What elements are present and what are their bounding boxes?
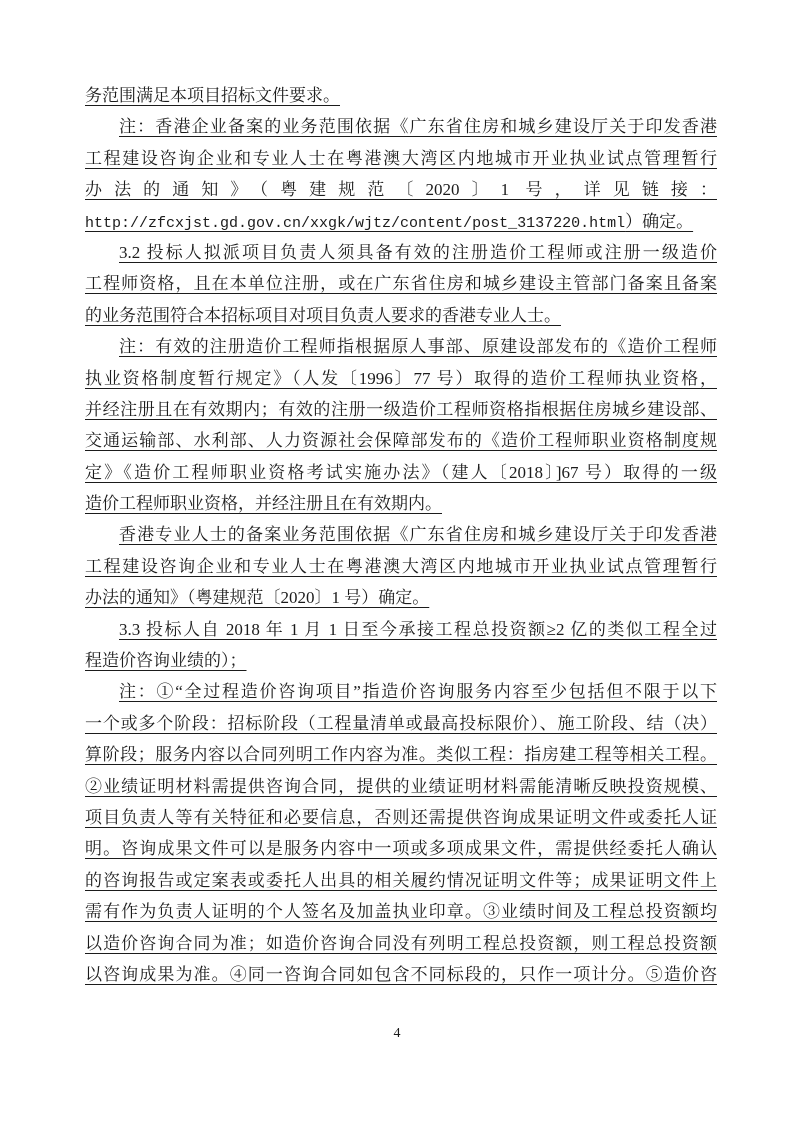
- text-line: 注：①“全过程造价咨询项目”指造价咨询服务内容至少包括但不限于以下: [85, 676, 717, 707]
- text-line: 以咨询成果为准。④同一咨询合同如包含不同标段的，只作一项计分。⑤造价咨: [85, 959, 717, 990]
- text-line: 造价工程师职业资格，并经注册且在有效期内。: [85, 488, 717, 519]
- text-line: 的咨询报告或定案表或委托人出具的相关履约情况证明文件等；成果证明文件上: [85, 865, 717, 896]
- document-body: 务范围满足本项目招标文件要求。 注：香港企业备案的业务范围依据《广东省住房和城乡…: [85, 80, 717, 990]
- document-url: http://zfcxjst.gd.gov.cn/xxgk/wjtz/conte…: [85, 215, 625, 232]
- text-line: ②业绩证明材料需提供咨询合同，提供的业绩证明材料需能清晰反映投资规模、: [85, 771, 717, 802]
- text-line: 务范围满足本项目招标文件要求。: [85, 80, 717, 111]
- text-line: 办法的通知》（粤建规范〔2020〕1 号）确定。: [85, 582, 717, 613]
- text-line-url: http://zfcxjst.gd.gov.cn/xxgk/wjtz/conte…: [85, 206, 717, 237]
- text-line: 并经注册且在有效期内；有效的注册一级造价工程师资格指根据住房城乡建设部、: [85, 394, 717, 425]
- text-line: 一个或多个阶段：招标阶段（工程量清单或最高投标限价）、施工阶段、结（决）: [85, 708, 717, 739]
- paragraph-clause-3-3: 3.3 投标人自 2018 年 1 月 1 日至今承接工程总投资额≥2 亿的类似…: [85, 614, 717, 677]
- text-line: 注：有效的注册造价工程师指根据原人事部、原建设部发布的《造价工程师: [85, 331, 717, 362]
- text-line: 以造价咨询合同为准；如造价咨询合同没有列明工程总投资额，则工程总投资额: [85, 928, 717, 959]
- page-number: 4: [0, 1026, 794, 1042]
- text-line: 执业资格制度暂行规定》（人发〔1996〕77 号）取得的造价工程师执业资格，: [85, 363, 717, 394]
- url-suffix-text: ）确定。: [625, 212, 693, 231]
- text-line: 注：香港企业备案的业务范围依据《广东省住房和城乡建设厅关于印发香港: [85, 111, 717, 142]
- document-page: 务范围满足本项目招标文件要求。 注：香港企业备案的业务范围依据《广东省住房和城乡…: [0, 0, 794, 1123]
- text-line: 工程建设咨询企业和专业人士在粤港澳大湾区内地城市开业执业试点管理暂行: [85, 551, 717, 582]
- paragraph-hk-professional: 香港专业人士的备案业务范围依据《广东省住房和城乡建设厅关于印发香港 工程建设咨询…: [85, 519, 717, 613]
- paragraph-note-registered-engineer: 注：有效的注册造价工程师指根据原人事部、原建设部发布的《造价工程师 执业资格制度…: [85, 331, 717, 519]
- text-line: 3.2 投标人拟派项目负责人须具备有效的注册造价工程师或注册一级造价: [85, 237, 717, 268]
- text-line: 需有作为负责人证明的个人签名及加盖执业印章。③业绩时间及工程总投资额均: [85, 896, 717, 927]
- text-line: 项目负责人等有关特征和必要信息，否则还需提供咨询成果证明文件或委托人证: [85, 802, 717, 833]
- text-line: 明。咨询成果文件可以是服务内容中一项或多项成果文件，需提供经委托人确认: [85, 833, 717, 864]
- paragraph-note-hk-company: 注：香港企业备案的业务范围依据《广东省住房和城乡建设厅关于印发香港 工程建设咨询…: [85, 111, 717, 237]
- text-line: 的业务范围符合本招标项目对项目负责人要求的香港专业人士。: [85, 300, 717, 331]
- text-line: 交通运输部、水利部、人力资源社会保障部发布的《造价工程师职业资格制度规: [85, 425, 717, 456]
- text-line: 办法的通知》（粤建规范〔2020〕1 号，详见链接：: [85, 174, 717, 205]
- text-line: 程造价咨询业绩的）；: [85, 645, 717, 676]
- paragraph-note-performance: 注：①“全过程造价咨询项目”指造价咨询服务内容至少包括但不限于以下 一个或多个阶…: [85, 676, 717, 990]
- text-line: 香港专业人士的备案业务范围依据《广东省住房和城乡建设厅关于印发香港: [85, 519, 717, 550]
- text-line: 算阶段；服务内容以合同列明工作内容为准。类似工程：指房建工程等相关工程。: [85, 739, 717, 770]
- text-line: 工程建设咨询企业和专业人士在粤港澳大湾区内地城市开业执业试点管理暂行: [85, 143, 717, 174]
- text-line: 工程师资格，且在本单位注册，或在广东省住房和城乡建设主管部门备案且备案: [85, 268, 717, 299]
- paragraph-continuation: 务范围满足本项目招标文件要求。: [85, 80, 717, 111]
- text-line: 定》《造价工程师职业资格考试实施办法》（建人〔2018〕]67 号）取得的一级: [85, 457, 717, 488]
- paragraph-clause-3-2: 3.2 投标人拟派项目负责人须具备有效的注册造价工程师或注册一级造价 工程师资格…: [85, 237, 717, 331]
- text-line: 3.3 投标人自 2018 年 1 月 1 日至今承接工程总投资额≥2 亿的类似…: [85, 614, 717, 645]
